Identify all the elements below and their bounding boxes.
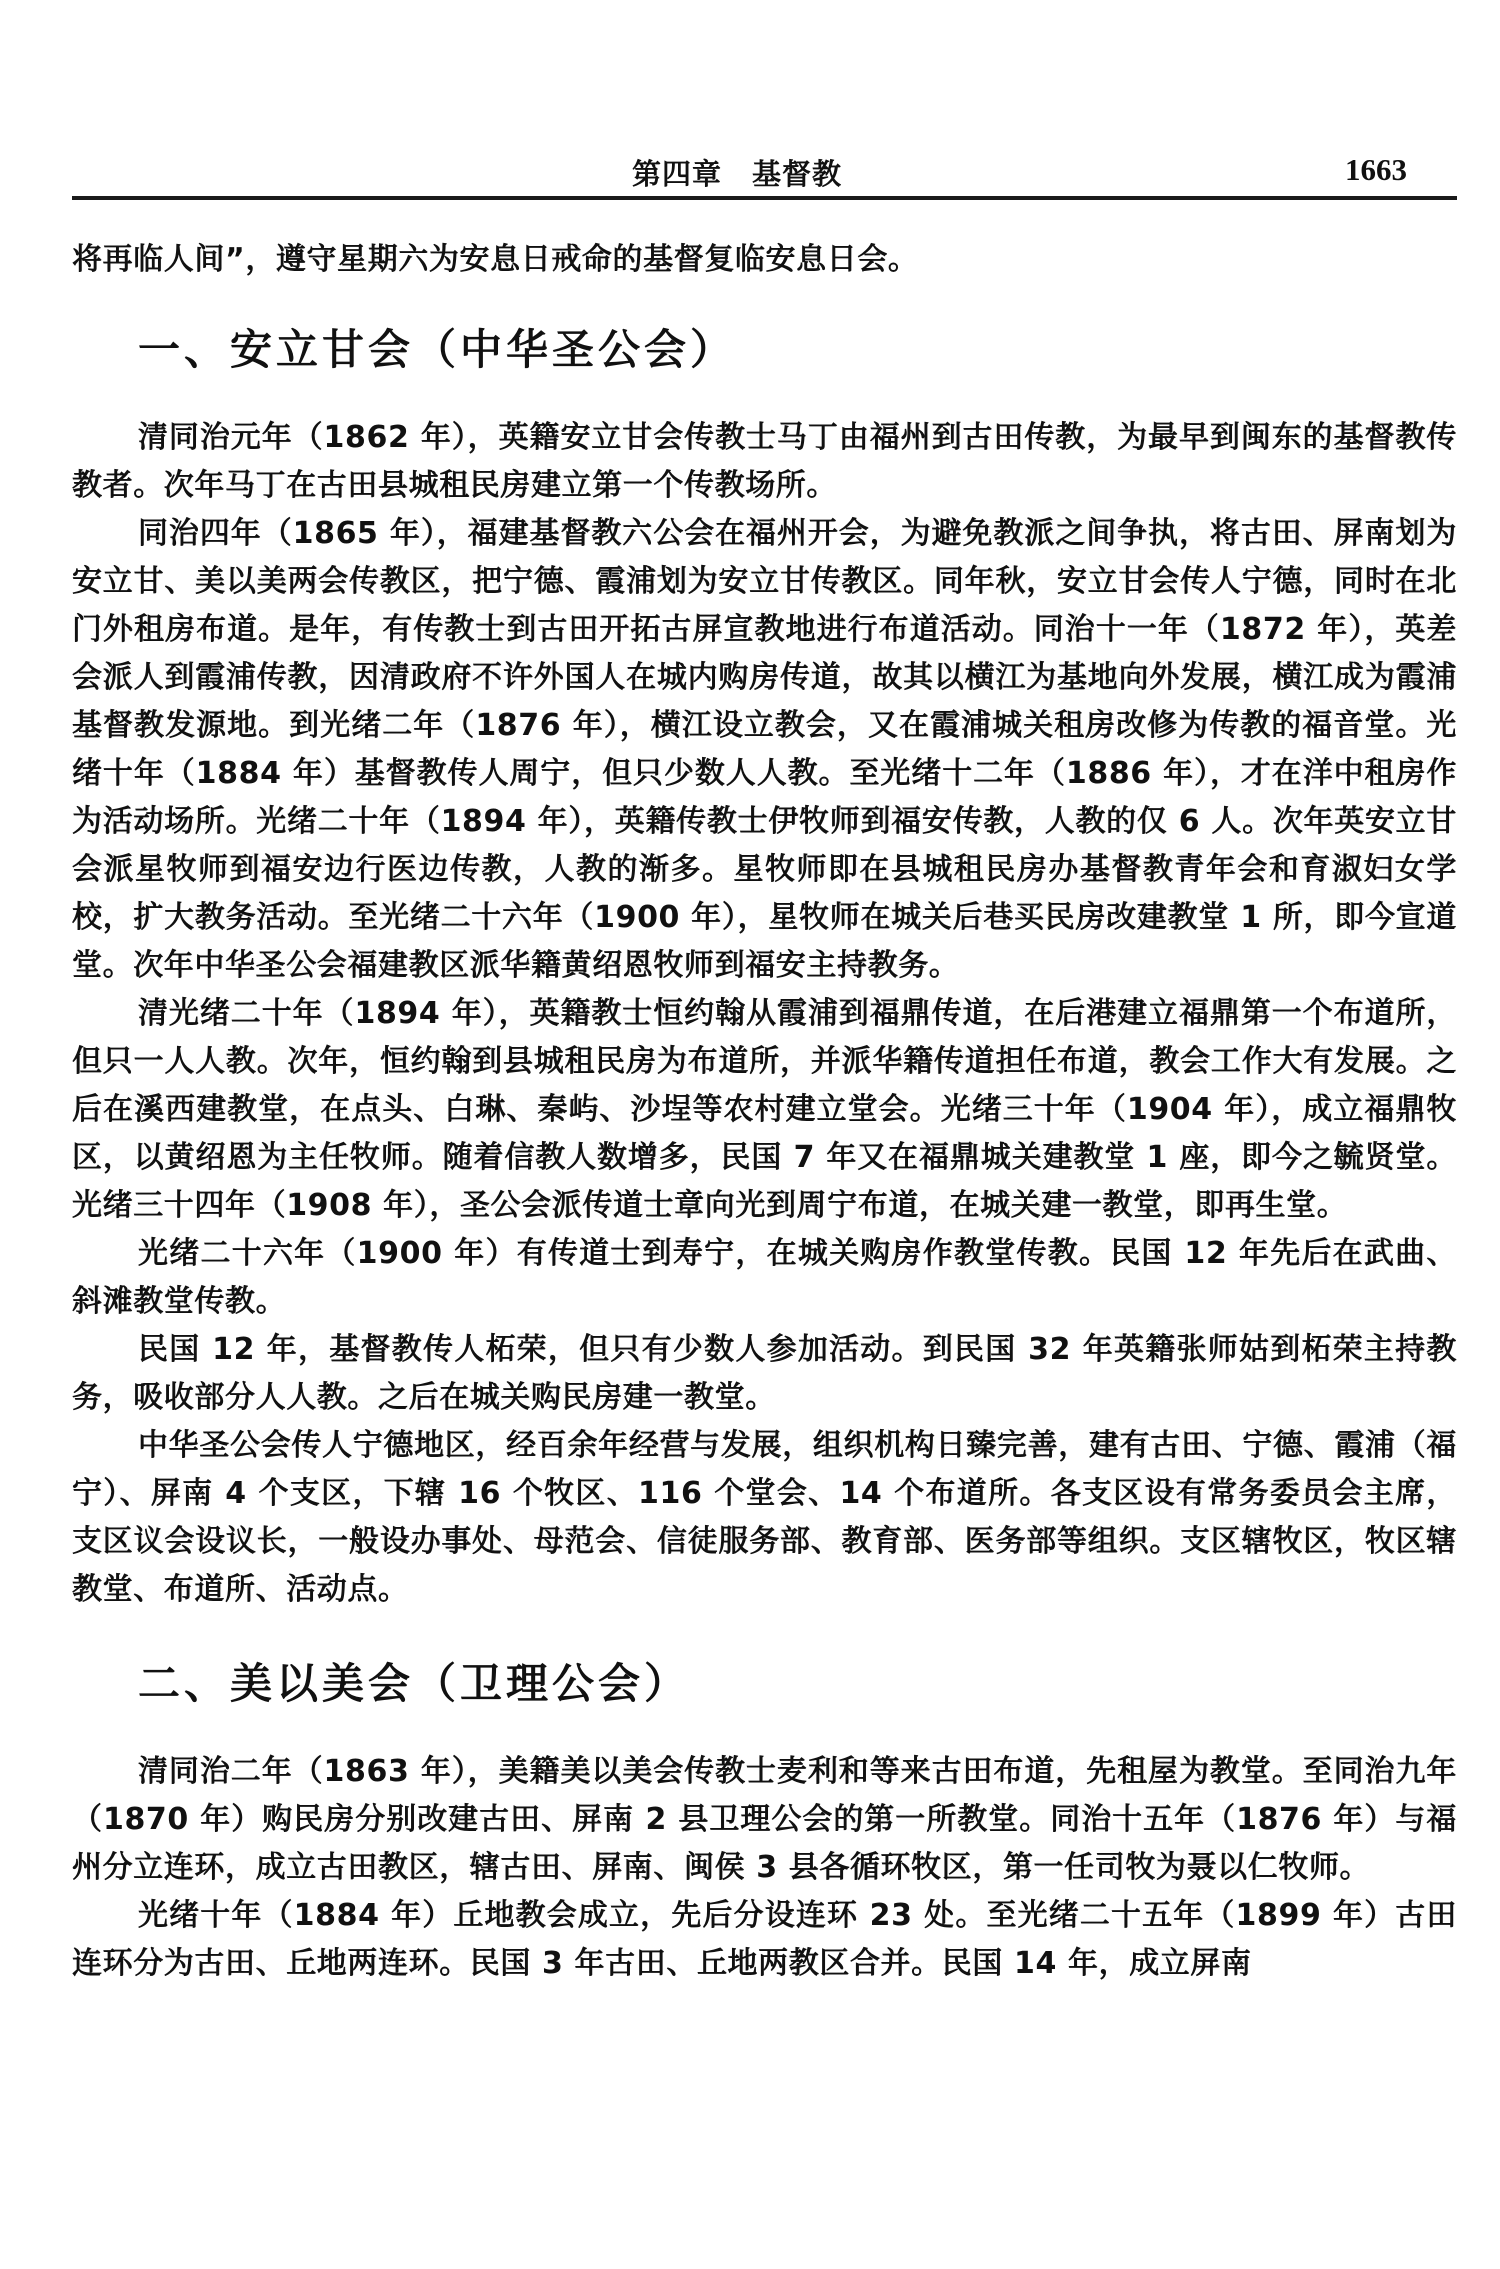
paragraph: 光绪二十六年（1900 年）有传道士到寿宁，在城关购房作教堂传教。民国 12 年… [72, 1230, 1457, 1326]
page-number: 1663 [1345, 152, 1407, 188]
body-text: 将再临人间”，遵守星期六为安息日戒命的基督复临安息日会。 一、安立甘会（中华圣公… [72, 236, 1457, 1988]
section-heading-1: 一、安立甘会（中华圣公会） [72, 320, 1457, 380]
paragraph: 中华圣公会传人宁德地区，经百余年经营与发展，组织机构日臻完善，建有古田、宁德、霞… [72, 1422, 1457, 1614]
page-header: 第四章 基督教 1663 [72, 152, 1457, 192]
continuation-paragraph: 将再临人间”，遵守星期六为安息日戒命的基督复临安息日会。 [72, 236, 1457, 284]
section-heading-2: 二、美以美会（卫理公会） [72, 1654, 1457, 1714]
header-rule [72, 196, 1457, 200]
paragraph: 清同治元年（1862 年），英籍安立甘会传教士马丁由福州到古田传教，为最早到闽东… [72, 414, 1457, 510]
paragraph: 光绪十年（1884 年）丘地教会成立，先后分设连环 23 处。至光绪二十五年（1… [72, 1892, 1457, 1988]
paragraph: 民国 12 年，基督教传人柘荣，但只有少数人参加活动。到民国 32 年英籍张师姑… [72, 1326, 1457, 1422]
paragraph: 同治四年（1865 年），福建基督教六公会在福州开会，为避免教派之间争执，将古田… [72, 510, 1457, 990]
paragraph: 清光绪二十年（1894 年），英籍教士恒约翰从霞浦到福鼎传道，在后港建立福鼎第一… [72, 990, 1457, 1230]
running-title: 第四章 基督教 [632, 152, 842, 193]
paragraph: 清同治二年（1863 年），美籍美以美会传教士麦利和等来古田布道，先租屋为教堂。… [72, 1748, 1457, 1892]
